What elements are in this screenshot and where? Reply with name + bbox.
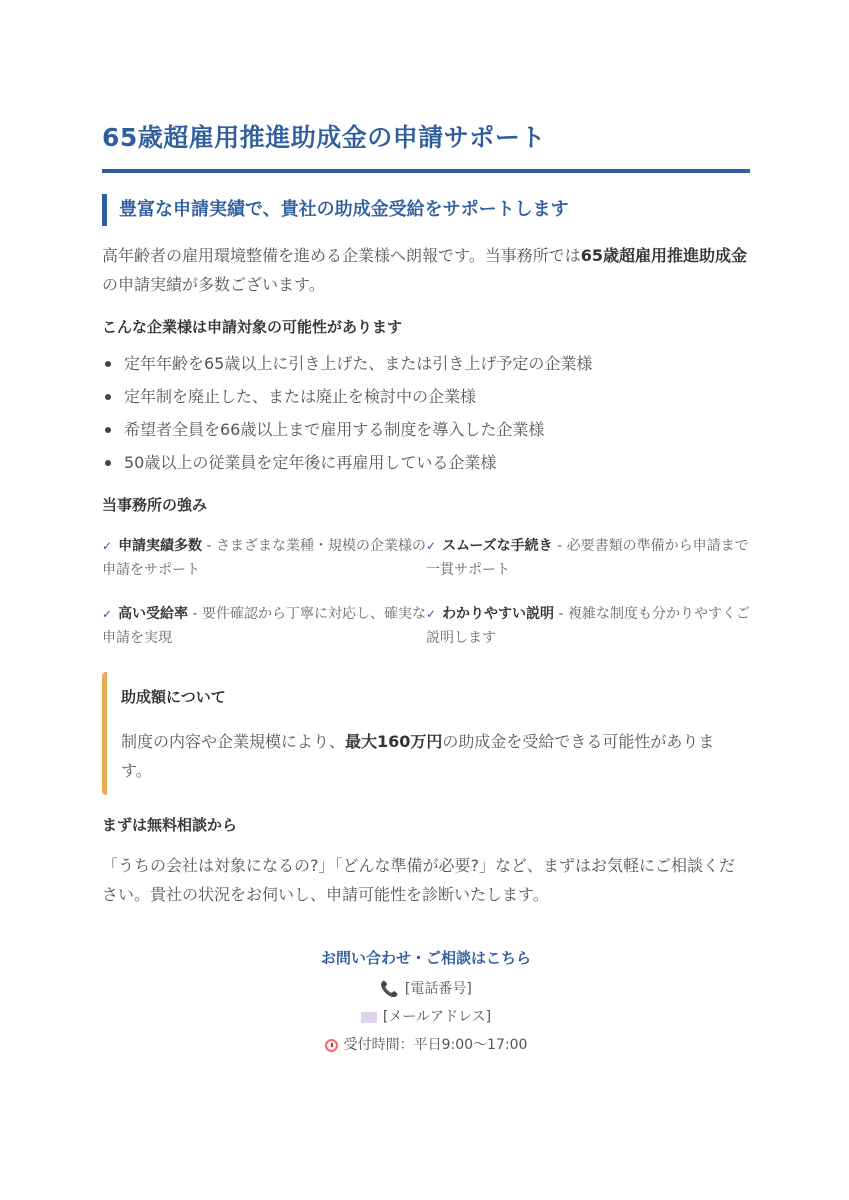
list-item: 定年制を廃止した、または廃止を検討中の企業様: [102, 380, 592, 413]
strength-title: 高い受給率: [118, 606, 188, 622]
eligibility-list: 定年年齢を65歳以上に引き上げた、または引き上げ予定の企業様 定年制を廃止した、…: [102, 347, 592, 479]
consultation-text: 「うちの会社は対象になるの?」「どんな準備が必要?」など、まずはお気軽にご相談く…: [102, 851, 750, 909]
check-icon: ✓: [426, 539, 436, 553]
intro-text: 高年齢者の雇用環境整備を進める企業様へ朗報です。当事務所では: [102, 246, 581, 265]
check-icon: ✓: [426, 607, 436, 621]
email-address[interactable]: [メールアドレス]: [383, 1007, 491, 1027]
bullet-icon: [105, 427, 111, 433]
list-item: 50歳以上の従業員を定年後に再雇用している企業様: [102, 446, 592, 479]
bullet-icon: [105, 361, 111, 367]
bullet-icon: [105, 394, 111, 400]
funding-callout: 助成額について 制度の内容や企業規模により、最大160万円の助成金を受給できる可…: [102, 672, 755, 795]
funding-text: 制度の内容や企業規模により、最大160万円の助成金を受給できる可能性があります。: [121, 727, 741, 785]
list-item-text: 50歳以上の従業員を定年後に再雇用している企業様: [124, 453, 496, 472]
check-icon: ✓: [102, 539, 112, 553]
phone-number[interactable]: [電話番号]: [405, 979, 472, 999]
strength-item: ✓高い受給率 - 要件確認から丁寧に対応し、確実な申請を実現: [102, 602, 426, 650]
page-title: 65歳超雇用推進助成金の申請サポート: [102, 118, 546, 154]
mail-icon: [361, 1012, 377, 1023]
bullet-icon: [105, 460, 111, 466]
check-icon: ✓: [102, 607, 112, 621]
strengths-heading: 当事務所の強み: [102, 494, 207, 515]
intro-text-end: の申請実績が多数ございます。: [102, 275, 325, 294]
funding-text-start: 制度の内容や企業規模により、: [121, 732, 345, 751]
contact-section: お問い合わせ・ご相談はこちら 📞 [電話番号] [メールアドレス] 受付時間：平…: [102, 945, 750, 1063]
strength-item: ✓申請実績多数 - さまざまな業種・規模の企業様の申請をサポート: [102, 534, 426, 582]
eligibility-heading: こんな企業様は申請対象の可能性があります: [102, 316, 402, 337]
consultation-heading: まずは無料相談から: [102, 814, 237, 835]
title-divider: [102, 169, 750, 173]
list-item-text: 希望者全員を66歳以上まで雇用する制度を導入した企業様: [124, 420, 544, 439]
funding-max-amount: 最大160万円: [345, 732, 442, 751]
alarm-clock-icon: [325, 1039, 338, 1052]
funding-heading: 助成額について: [121, 686, 226, 707]
phone-icon: 📞: [380, 979, 399, 999]
section-subheading: 豊富な申請実績で、貴社の助成金受給をサポートします: [102, 194, 569, 226]
strengths-grid: ✓申請実績多数 - さまざまな業種・規模の企業様の申請をサポート ✓スムーズな手…: [102, 534, 750, 650]
list-item: 定年年齢を65歳以上に引き上げた、または引き上げ予定の企業様: [102, 347, 592, 380]
list-item-text: 定年制を廃止した、または廃止を検討中の企業様: [124, 387, 476, 406]
contact-phone[interactable]: 📞 [電話番号]: [102, 979, 750, 999]
strength-title: わかりやすい説明: [442, 606, 554, 622]
strength-title: 申請実績多数: [118, 538, 202, 554]
strength-item: ✓スムーズな手続き - 必要書類の準備から申請まで一貫サポート: [426, 534, 750, 582]
list-item-text: 定年年齢を65歳以上に引き上げた、または引き上げ予定の企業様: [124, 354, 592, 373]
strength-item: ✓わかりやすい説明 - 複雑な制度も分かりやすくご説明します: [426, 602, 750, 650]
contact-email[interactable]: [メールアドレス]: [102, 1007, 750, 1027]
intro-bold-grant-name: 65歳超雇用推進助成金: [581, 246, 747, 265]
strength-title: スムーズな手続き: [442, 538, 553, 554]
list-item: 希望者全員を66歳以上まで雇用する制度を導入した企業様: [102, 413, 592, 446]
contact-heading: お問い合わせ・ご相談はこちら: [102, 945, 750, 971]
business-hours: 受付時間：平日9:00〜17:00: [344, 1035, 528, 1055]
intro-paragraph: 高年齢者の雇用環境整備を進める企業様へ朗報です。当事務所では65歳超雇用推進助成…: [102, 241, 750, 299]
contact-hours: 受付時間：平日9:00〜17:00: [102, 1035, 750, 1055]
